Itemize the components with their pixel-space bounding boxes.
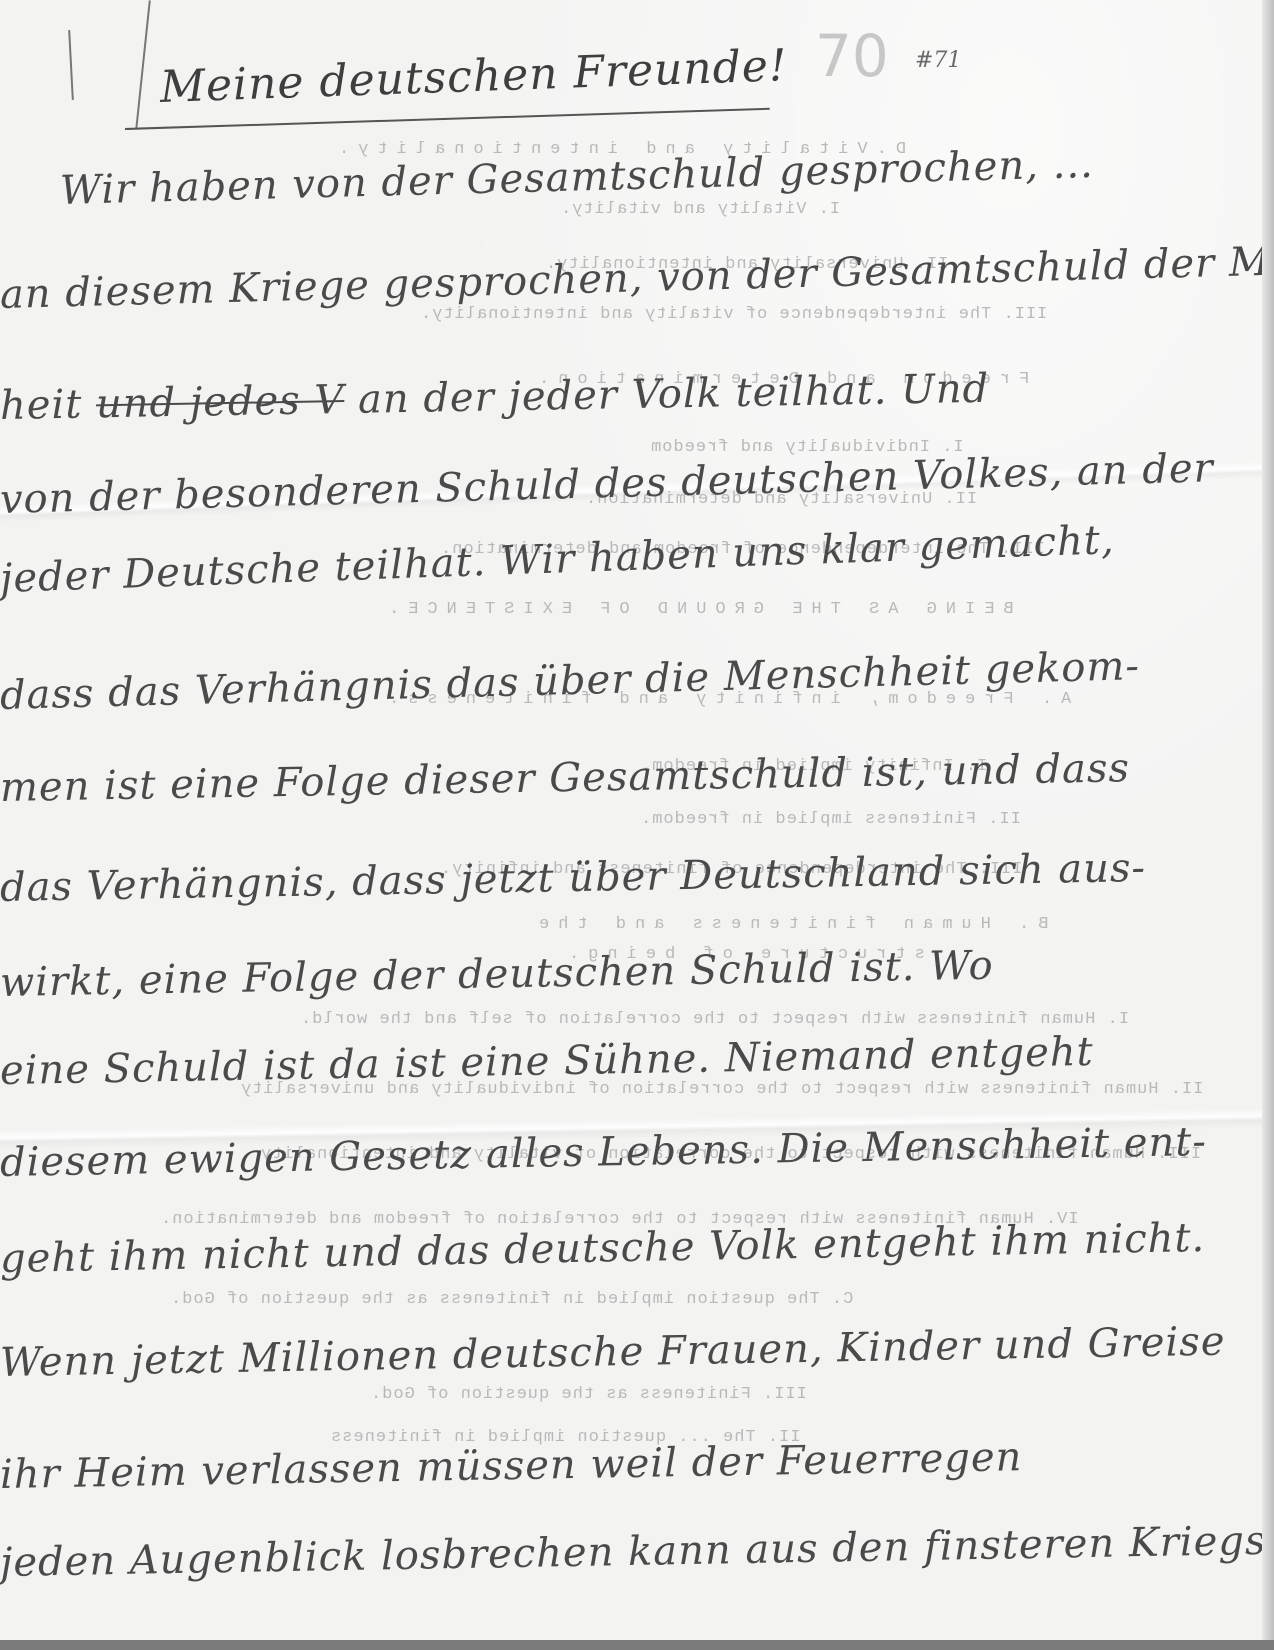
letter-line: men ist eine Folge dieser Gesamtschuld i… (0, 745, 1130, 811)
bleed-line: III. Finiteness as the question of God. (370, 1385, 807, 1404)
letter-line: eine Schuld ist da ist eine Sühne. Niema… (0, 1029, 1094, 1094)
letter-line: geht ihm nicht und das deutsche Volk ent… (0, 1215, 1206, 1282)
bleed-line: III. The interdependence of vitality and… (420, 305, 1047, 324)
title-underline (125, 108, 770, 130)
letter-line: heit und jedes V an der jeder Volk teilh… (0, 366, 990, 429)
bleed-line: I. Vitality and vitality. (560, 200, 840, 219)
letter-title: Meine deutschen Freunde! (159, 40, 788, 113)
bleed-line: II. Finiteness implied in freedom. (640, 810, 1021, 829)
struck-out-text: und jedes V (96, 377, 345, 427)
pencil-stroke-mark (68, 30, 74, 100)
folio-number: 70 (815, 22, 889, 90)
letter-page: D.Vitality and intentionality. I. Vitali… (0, 0, 1262, 1640)
page-edge-right (1262, 0, 1274, 1650)
pencil-stroke-mark (135, 0, 151, 129)
letter-line: Wenn jetzt Millionen deutsche Frauen, Ki… (0, 1319, 1226, 1386)
page-edge-bottom (0, 1640, 1274, 1650)
item-number: #71 (915, 48, 961, 73)
line-text: heit (0, 382, 83, 429)
letter-line: von der besonderen Schuld des deutschen … (0, 445, 1214, 523)
letter-line: ihr Heim verlassen müssen weil der Feuer… (0, 1434, 1023, 1498)
letter-line: das Verhängnis, dass jetzt über Deutschl… (0, 845, 1146, 911)
letter-line: Wir haben von der Gesamtschuld gesproche… (59, 141, 1094, 214)
letter-line: jeder Deutsche teilhat. Wir haben uns kl… (0, 517, 1115, 602)
bleed-line: I. Human finiteness with respect to the … (300, 1010, 1129, 1029)
line-text: an der jeder Volk teilhat. Und (358, 366, 990, 423)
bleed-line: BEING AS THE GROUND OF EXISTENCE. (380, 600, 1014, 619)
bleed-line: C. The question implied in finiteness as… (170, 1290, 853, 1309)
letter-line: dass das Verhängnis das über die Menschh… (0, 643, 1140, 719)
bleed-line: B. Human finiteness and the (530, 915, 1048, 934)
letter-line: diesem ewigen Gesetz alles Lebens. Die M… (0, 1119, 1207, 1186)
letter-line: jeden Augenblick losbrechen kann aus den… (0, 1518, 1274, 1586)
letter-line: wirkt, eine Folge der deutschen Schuld i… (0, 943, 994, 1006)
letter-line: an diesem Kriege gesprochen, von der Ges… (0, 235, 1274, 318)
